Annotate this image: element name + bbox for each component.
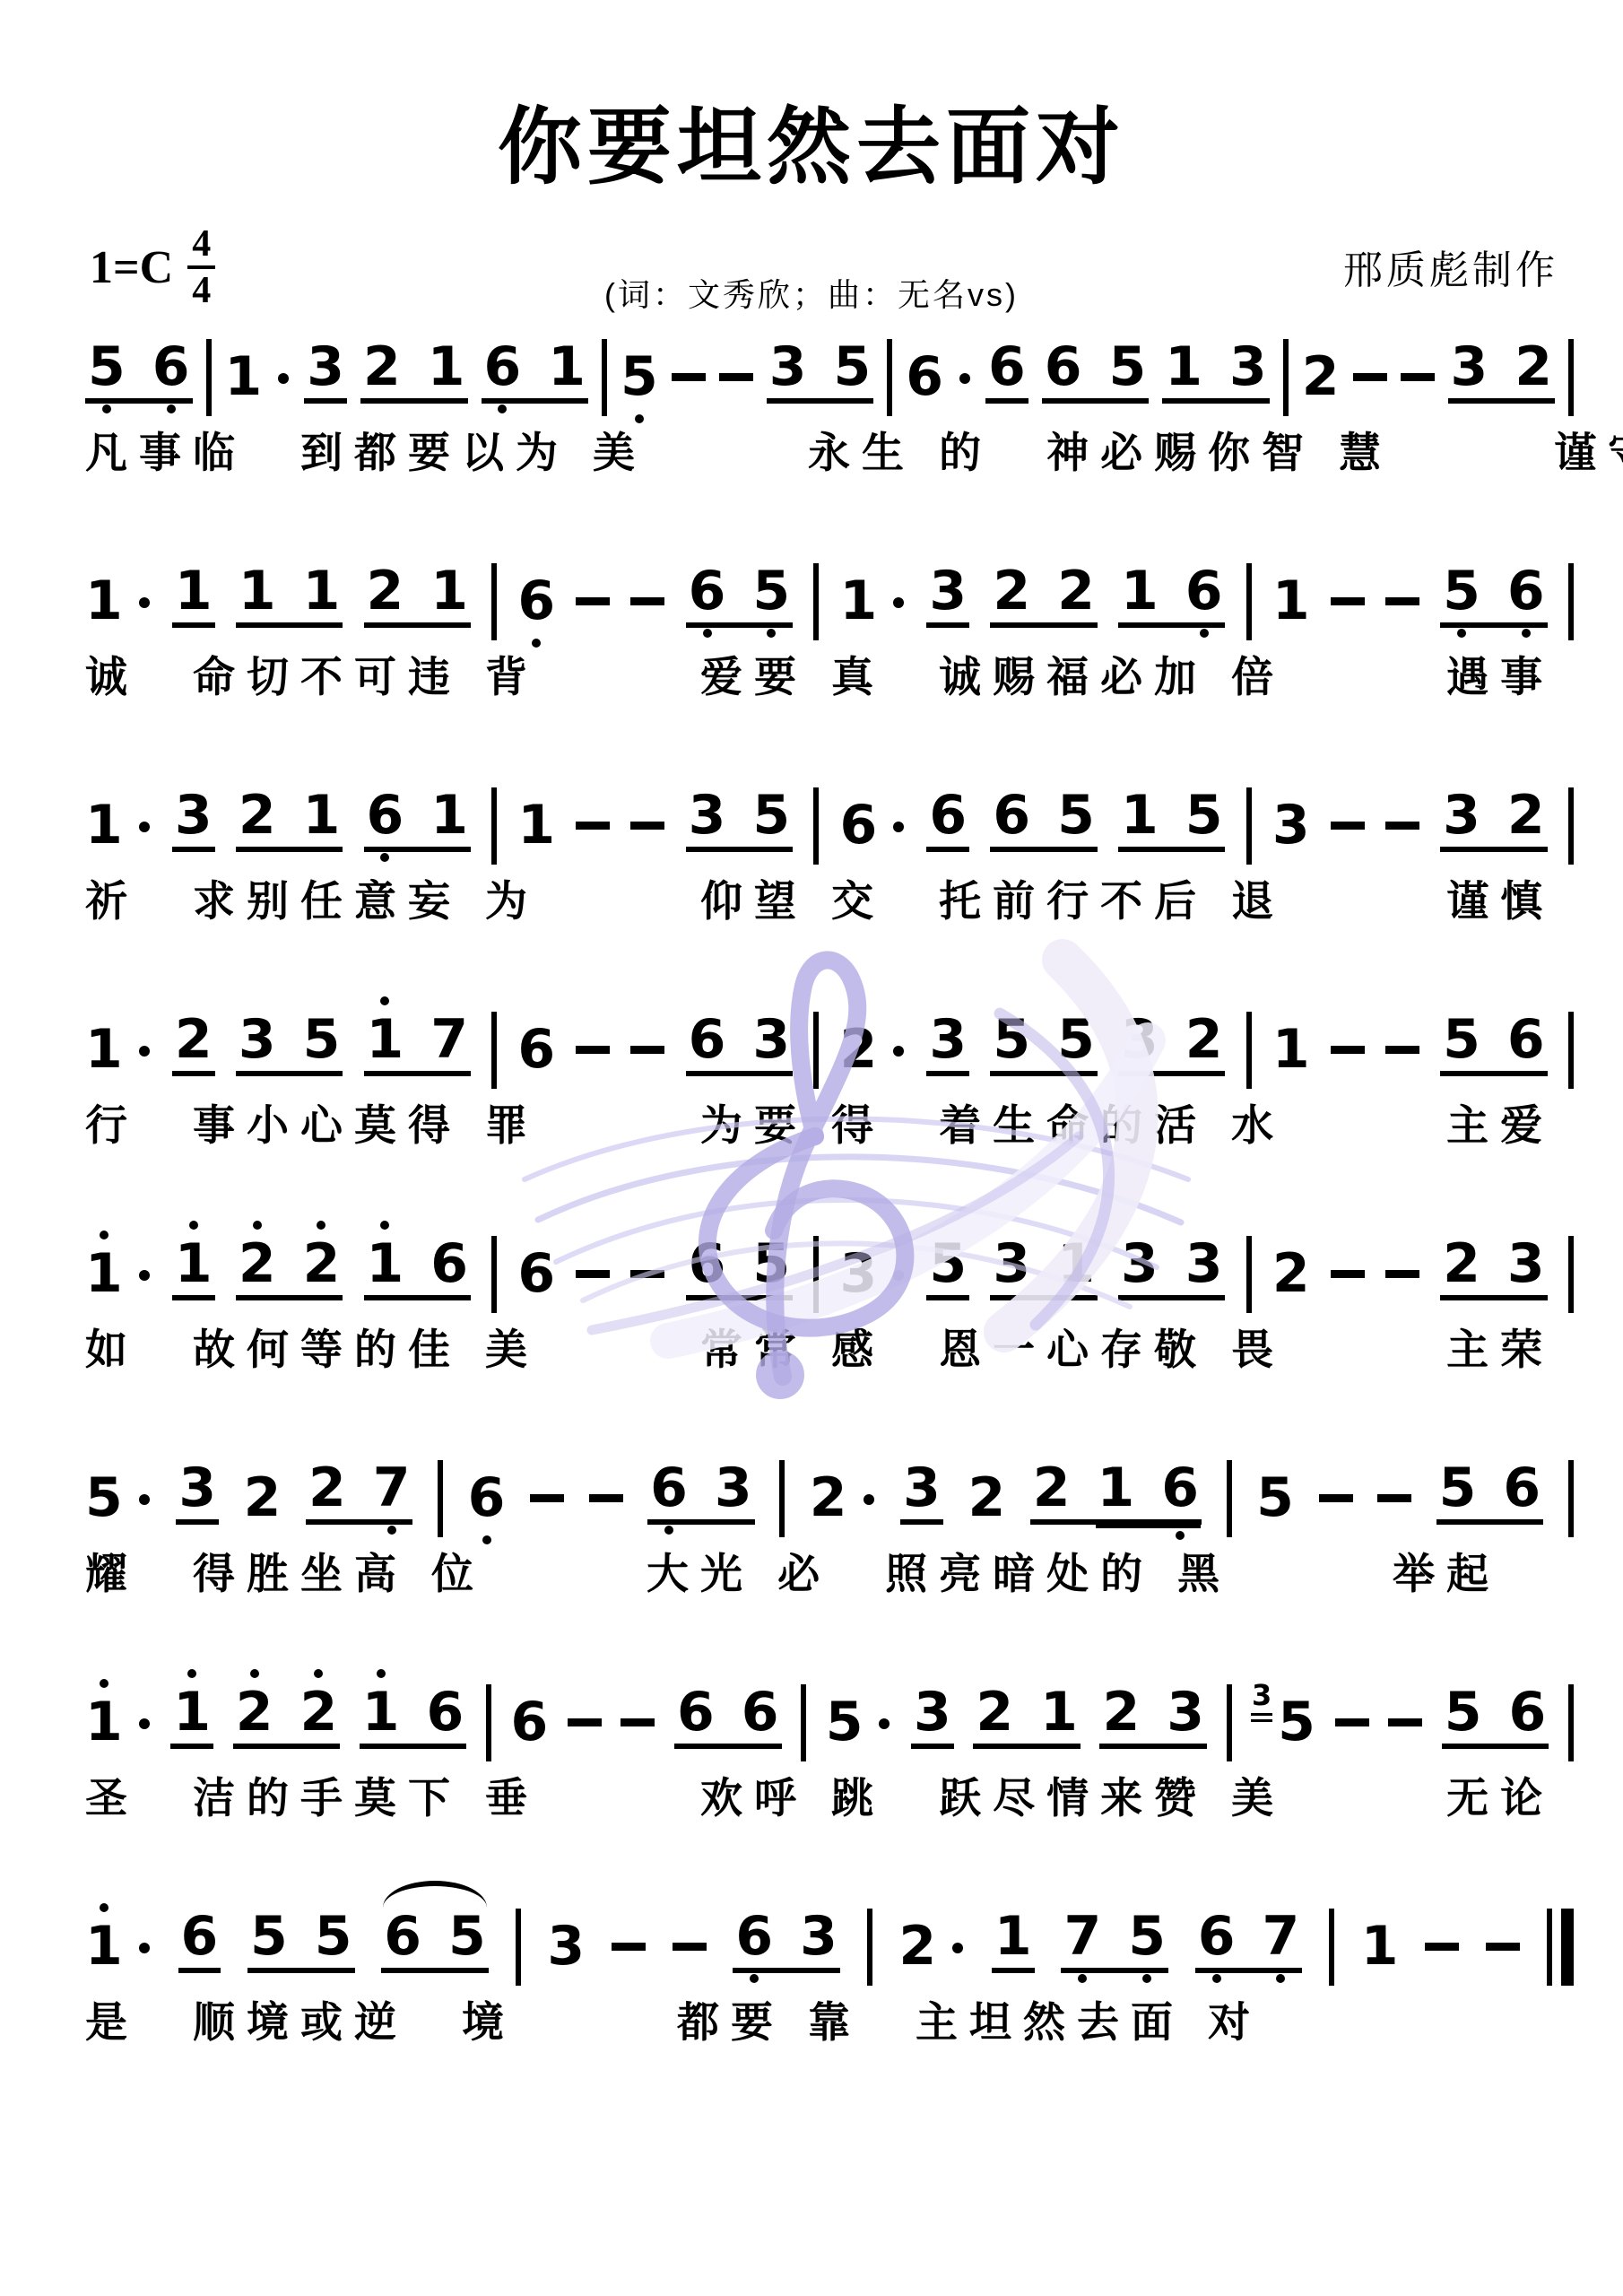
duration-dash — [621, 1718, 655, 1726]
note-digit: 1 — [1040, 1685, 1078, 1739]
octave-dot-high — [250, 1669, 259, 1678]
digit: 1 — [175, 560, 213, 622]
note-group: 5 — [926, 1237, 969, 1300]
credits-producer: 邢质彪制作 — [1343, 238, 1558, 295]
octave-dot-low — [482, 1535, 491, 1544]
barline — [813, 1012, 819, 1089]
barline — [1568, 787, 1574, 865]
digit: 5 — [1128, 1905, 1166, 1968]
barline — [1227, 1460, 1232, 1537]
note: 2 — [1272, 1247, 1310, 1300]
note-digit: 6 — [929, 788, 967, 842]
note: 5 — [621, 350, 658, 404]
sheet-music-page: 你要坦然去面对 1=C 4 4 (词：文秀欣；曲：无名vs) 邢质彪制作 561… — [0, 0, 1623, 2296]
note-digit: 6 — [510, 1695, 548, 1749]
note-digit: 1 — [839, 574, 877, 628]
note-digit: 6 — [517, 1247, 555, 1300]
barline — [1246, 1236, 1252, 1313]
duration-dash — [1385, 1046, 1419, 1054]
note-digit: 6 — [384, 1909, 421, 1963]
digit: 1 — [85, 1915, 123, 1978]
note-digit: 1 — [85, 1919, 123, 1973]
digit: 6 — [689, 1232, 726, 1295]
note: 5 — [85, 1471, 152, 1525]
note-digit: 3 — [929, 564, 967, 618]
note-digit: 6 — [1045, 340, 1082, 394]
duration-dash — [576, 822, 610, 830]
digit: 6 — [650, 1457, 688, 1519]
digit: 6 — [430, 1232, 468, 1295]
octave-dot-high — [100, 1903, 108, 1912]
system-4: 123517663235532156行 事小心莫得 罪 为要 得 着生命的活 水… — [85, 996, 1574, 1220]
note-digit: 7 — [430, 1013, 468, 1066]
note-group: 61 — [364, 788, 472, 852]
digit: 6 — [152, 335, 190, 398]
note-group: 56 — [1440, 564, 1548, 628]
note-digit: 5 — [85, 1471, 123, 1525]
digit: 2 — [839, 1018, 877, 1081]
duration-dash — [1385, 822, 1419, 830]
digit: 3 — [839, 1242, 877, 1305]
digit: 5 — [752, 784, 790, 847]
duration-dash — [1377, 1494, 1411, 1502]
note-group: 23 — [1440, 1237, 1548, 1300]
note-group: 3 — [911, 1685, 954, 1749]
digit: 1 — [85, 1691, 123, 1753]
digit: 2 — [299, 1681, 337, 1744]
note-digit: 6 — [677, 1685, 715, 1739]
note-group: 35 — [236, 1013, 343, 1076]
digit: 6 — [510, 1691, 548, 1753]
note-digit: 1 — [1272, 1022, 1310, 1076]
octave-dot-low — [387, 1526, 396, 1535]
barline — [1568, 339, 1574, 416]
note: 1 — [839, 574, 906, 628]
digit: 1 — [367, 1008, 404, 1071]
digit: 1 — [430, 560, 468, 622]
note-digit: 6 — [689, 564, 726, 618]
grace-note: 3 — [1251, 1681, 1272, 1722]
note: 6 — [468, 1471, 506, 1525]
note-digit: 6 — [367, 788, 404, 842]
digit: 2 — [810, 1466, 847, 1529]
note-digit: 6 — [484, 340, 522, 394]
digit: 1 — [839, 570, 877, 632]
note-group: 65 — [990, 788, 1098, 852]
digit: 5 — [1439, 1457, 1477, 1519]
octave-dot-high — [189, 1221, 198, 1230]
note-digit: 2 — [367, 564, 404, 618]
octave-dot-high — [380, 996, 389, 1005]
note-digit: 1 — [85, 1695, 123, 1749]
note-digit: 2 — [1443, 1237, 1480, 1291]
note-digit: 1 — [548, 340, 586, 394]
note-digit: 3 — [1229, 340, 1267, 394]
note-group: 6 — [178, 1909, 221, 1973]
digit: 3 — [1272, 794, 1310, 857]
note-digit: 2 — [976, 1685, 1013, 1739]
digit: 1 — [303, 784, 341, 847]
note-group: 55 — [247, 1909, 355, 1973]
duration-dash — [630, 1046, 664, 1054]
note-group: 67 — [1195, 1909, 1303, 1973]
digit: 6 — [677, 1681, 715, 1744]
note-digit: 3 — [903, 1461, 941, 1515]
digit: 6 — [1507, 560, 1545, 622]
note-digit: 6 — [1503, 1461, 1541, 1515]
digit: 6 — [906, 345, 943, 408]
note-digit: 5 — [752, 1237, 790, 1291]
octave-dot-high — [187, 1669, 196, 1678]
digit: 5 — [1278, 1691, 1315, 1753]
octave-dot-low — [1142, 1974, 1151, 1983]
digit: 2 — [236, 1681, 273, 1744]
digit: 5 — [1057, 1008, 1095, 1071]
note-group: 1 — [992, 1909, 1035, 1973]
system-7: 1122166665321233556圣 洁的手莫下 垂 欢呼 跳 跃尽情来赞 … — [85, 1668, 1574, 1892]
dotted-note-dot — [139, 1943, 150, 1953]
lyrics-row: 耀 得胜坐高 位 大光 必 照亮暗处的 黑 举起 — [85, 1541, 1574, 1601]
digit: 1 — [1121, 784, 1159, 847]
note-group: 21 — [236, 788, 343, 852]
octave-dot-high — [100, 1231, 108, 1239]
duration-dash — [1486, 1943, 1520, 1951]
digit: 1 — [239, 560, 276, 622]
barline — [486, 1684, 491, 1761]
note-digit: 6 — [468, 1471, 506, 1525]
note-digit: 2 — [244, 1471, 282, 1525]
note-group: 6 — [926, 788, 969, 852]
final-barline — [1547, 1909, 1574, 1986]
digit: 2 — [1515, 335, 1552, 398]
digit: 2 — [239, 1232, 276, 1295]
dotted-note-dot — [893, 822, 904, 832]
digit: 6 — [735, 1905, 773, 1968]
note-digit: 1 — [1272, 574, 1310, 628]
header-meta: 1=C 4 4 (词：文秀欣；曲：无名vs) 邢质彪制作 — [0, 200, 1623, 335]
barline — [491, 1012, 497, 1089]
note: 6 — [906, 350, 972, 404]
note-row: 1122166665321233556 — [85, 1668, 1574, 1749]
note-group: 23 — [1099, 1685, 1207, 1749]
note-row: 56132161535666513232 — [85, 323, 1574, 404]
note-digit: 3 — [547, 1919, 585, 1973]
note-digit: 7 — [373, 1461, 411, 1515]
note: 6 — [517, 1247, 555, 1300]
note-group: 32 — [1440, 788, 1548, 852]
note-digit: 6 — [427, 1685, 464, 1739]
note-digit: 5 — [250, 1909, 288, 1963]
note-group: 3 — [304, 340, 347, 404]
note-digit: 1 — [225, 350, 263, 404]
note-digit: 2 — [1102, 1685, 1140, 1739]
note: 1 — [1272, 1022, 1310, 1076]
note-group: 56 — [1442, 1685, 1549, 1749]
digit: 6 — [1161, 1457, 1199, 1519]
digit: 3 — [903, 1457, 941, 1519]
grace-digit: 3 — [1252, 1681, 1271, 1709]
note-digit: 3 — [1443, 788, 1480, 842]
octave-dot-low — [703, 629, 712, 638]
barline — [1568, 563, 1574, 640]
digit: 6 — [427, 1681, 464, 1744]
note-group: 56 — [1440, 1013, 1548, 1076]
digit: 3 — [1121, 1232, 1159, 1295]
note-digit: 2 — [1185, 1013, 1223, 1066]
dotted-note-dot — [893, 1046, 904, 1057]
digit: 6 — [742, 1681, 779, 1744]
digit: 6 — [689, 1008, 726, 1071]
duration-dash — [589, 1494, 623, 1502]
note-digit: 1 — [430, 788, 468, 842]
duration-dash — [1385, 597, 1419, 605]
note-digit: 1 — [367, 1237, 404, 1291]
digit: 1 — [548, 335, 586, 398]
note-digit: 5 — [1445, 1685, 1482, 1739]
note-group: 2 — [172, 1013, 215, 1076]
digit: 7 — [1262, 1905, 1299, 1968]
note-digit: 2 — [1033, 1461, 1071, 1515]
note-digit: 5 — [1109, 340, 1147, 394]
note-digit: 2 — [239, 1237, 276, 1291]
duration-dash — [1388, 1718, 1422, 1726]
duration-dash — [1385, 1270, 1419, 1278]
note-digit: 6 — [742, 1685, 779, 1739]
barline — [491, 1236, 497, 1313]
barline — [1568, 1236, 1574, 1313]
digit: 6 — [468, 1466, 506, 1529]
digit: 3 — [1185, 1232, 1223, 1295]
note-digit: 1 — [1098, 1461, 1135, 1515]
score: 56132161535666513232凡事临 到都要以为 美 永生 的 神必赐… — [85, 323, 1574, 2117]
digit: 3 — [715, 1457, 752, 1519]
note-digit: 6 — [152, 340, 190, 394]
note-row: 123517663235532156 — [85, 996, 1574, 1076]
note: 35 — [1251, 1681, 1315, 1749]
digit: 1 — [225, 345, 263, 408]
note-digit: 2 — [308, 1461, 346, 1515]
digit: 5 — [621, 345, 658, 408]
barline — [801, 1684, 806, 1761]
octave-dot-high — [317, 1221, 325, 1230]
note-digit: 3 — [1272, 798, 1310, 852]
duration-dash — [630, 1270, 664, 1278]
note-group: 35 — [767, 340, 874, 404]
note-group: 3 — [176, 1461, 219, 1525]
duration-dash — [630, 597, 664, 605]
note-digit: 6 — [1198, 1909, 1236, 1963]
dotted-note-dot — [139, 1046, 150, 1057]
octave-dot-low — [767, 629, 776, 638]
note-digit: 6 — [735, 1909, 773, 1963]
digit: 3 — [689, 784, 726, 847]
barline — [491, 787, 497, 865]
barline — [602, 339, 607, 416]
digit: 3 — [307, 335, 344, 398]
note-digit: 6 — [689, 1013, 726, 1066]
dotted-note-dot — [879, 1718, 890, 1729]
note-digit: 2 — [1272, 1247, 1310, 1300]
digit: 5 — [1109, 335, 1147, 398]
octave-dot-low — [1200, 629, 1209, 638]
note-group: 65 — [686, 1237, 794, 1300]
digit: 3 — [993, 1232, 1030, 1295]
note-digit: 1 — [85, 1022, 123, 1076]
digit: 5 — [1445, 1681, 1482, 1744]
digit: 3 — [178, 1457, 216, 1519]
digit: 3 — [914, 1681, 951, 1744]
digit: 3 — [1167, 1681, 1204, 1744]
digit: 5 — [1443, 560, 1480, 622]
digit: 2 — [244, 1466, 282, 1529]
note-group: 1 — [172, 1237, 215, 1300]
note-group: 31 — [990, 1237, 1098, 1300]
duration-dash — [1331, 1270, 1365, 1278]
note-digit: 1 — [1121, 788, 1159, 842]
digit: 5 — [303, 1008, 341, 1071]
barline — [1246, 1012, 1252, 1089]
note-digit: 2 — [239, 788, 276, 842]
digit: 1 — [1057, 1232, 1095, 1295]
note: 5 — [826, 1695, 892, 1749]
digit: 1 — [994, 1905, 1032, 1968]
note-digit: 2 — [175, 1013, 213, 1066]
digit: 5 — [826, 1691, 864, 1753]
note-digit: 1 — [1165, 340, 1202, 394]
note-digit: 2 — [363, 340, 401, 394]
note-digit: 3 — [307, 340, 344, 394]
note-group: 17 — [364, 1013, 472, 1076]
digit: 2 — [1272, 1242, 1310, 1305]
note-digit: 3 — [1451, 340, 1488, 394]
dotted-note-dot — [278, 373, 289, 384]
barline-thin — [1547, 1909, 1552, 1986]
note-group: 216 — [1030, 1461, 1202, 1525]
digit: 6 — [839, 794, 877, 857]
note-group: 1 — [170, 1685, 213, 1749]
duration-dash — [673, 1943, 707, 1951]
note-digit: 1 — [239, 564, 276, 618]
lyrics-row: 圣 洁的手莫下 垂 欢呼 跳 跃尽情来赞 美 无论 — [85, 1765, 1574, 1825]
digit: 1 — [1272, 570, 1310, 632]
digit: 7 — [373, 1457, 411, 1519]
digit: 5 — [1256, 1466, 1294, 1529]
note: 1 — [85, 1022, 152, 1076]
octave-dot-low — [1522, 629, 1531, 638]
digit: 1 — [1272, 1018, 1310, 1081]
note: 6 — [510, 1695, 548, 1749]
barline — [1227, 1684, 1232, 1761]
note-group: 33 — [1118, 1237, 1226, 1300]
note-digit: 6 — [181, 1909, 219, 1963]
note-group: 27 — [306, 1461, 413, 1525]
digit: 1 — [430, 784, 468, 847]
octave-dot-low — [102, 404, 111, 413]
barline — [1283, 339, 1289, 416]
octave-dot-low — [167, 404, 176, 413]
octave-dot-low — [635, 414, 644, 423]
duration-dash — [1335, 1718, 1369, 1726]
digit: 1 — [1361, 1915, 1399, 1978]
note-digit: 5 — [1057, 1013, 1095, 1066]
note-digit: 3 — [800, 1909, 838, 1963]
note-digit: 3 — [178, 1461, 216, 1515]
note-group: 3 — [926, 1013, 969, 1076]
barline — [1329, 1909, 1334, 1986]
sixteenth-subgroup: 16 — [1098, 1461, 1200, 1515]
digit: 3 — [175, 784, 213, 847]
note-group: 3 — [900, 1461, 943, 1525]
note-digit: 1 — [303, 788, 341, 842]
digit: 3 — [1451, 335, 1488, 398]
note-digit: 6 — [1507, 564, 1545, 618]
digit: 5 — [834, 335, 872, 398]
lyrics-row: 行 事小心莫得 罪 为要 得 着生命的活 水 主爱 — [85, 1092, 1574, 1152]
digit: 5 — [85, 1466, 123, 1529]
dotted-note-dot — [139, 1494, 150, 1505]
octave-dot-low — [532, 639, 541, 648]
note-group: 22 — [233, 1685, 341, 1749]
note-digit: 6 — [430, 1237, 468, 1291]
lyrics-row: 诚 命切不可违 背 爱要 真 诚赐福必加 倍 遇事 — [85, 644, 1574, 704]
note-digit: 1 — [173, 1685, 211, 1739]
lyrics-row: 如 故何等的佳 美 常常 感 恩一心存敬 畏 主荣 — [85, 1317, 1574, 1377]
duration-dash — [719, 373, 753, 381]
digit: 1 — [1040, 1681, 1078, 1744]
digit: 2 — [1302, 345, 1340, 408]
barline — [1568, 1684, 1574, 1761]
digit: 3 — [769, 335, 807, 398]
digit: 6 — [1045, 335, 1082, 398]
note-digit: 3 — [1121, 1013, 1159, 1066]
digit: 6 — [384, 1905, 421, 1968]
digit: 2 — [976, 1681, 1013, 1744]
digit: 1 — [367, 1232, 404, 1295]
digit: 6 — [689, 560, 726, 622]
digit: 6 — [1508, 1681, 1546, 1744]
note-digit: 2 — [1057, 564, 1095, 618]
note: 1 — [1272, 574, 1310, 628]
digit: 1 — [1165, 335, 1202, 398]
dotted-note-dot — [864, 1494, 874, 1505]
note-digit: 3 — [1121, 1237, 1159, 1291]
note: 2 — [1302, 350, 1340, 404]
note: 1 — [85, 1919, 152, 1973]
grace-beam — [1251, 1719, 1272, 1722]
barline — [1246, 787, 1252, 865]
note: 3 — [1272, 798, 1310, 852]
note-digit: 6 — [650, 1461, 688, 1515]
duration-dash — [1425, 1943, 1459, 1951]
octave-dot-low — [380, 853, 389, 862]
digit: 2 — [968, 1466, 1005, 1529]
digit: 2 — [1033, 1457, 1071, 1519]
note-digit: 1 — [175, 564, 213, 618]
digit: 3 — [1507, 1232, 1545, 1295]
barline — [813, 563, 819, 640]
note-group: 63 — [733, 1909, 840, 1973]
note: 3 — [839, 1247, 906, 1300]
digit: 6 — [993, 784, 1030, 847]
digit: 5 — [1057, 784, 1095, 847]
duration-dash — [568, 1718, 602, 1726]
octave-dot-high — [253, 1221, 262, 1230]
duration-dash — [630, 822, 664, 830]
barline — [779, 1460, 785, 1537]
note-digit: 3 — [1185, 1237, 1223, 1291]
note: 6 — [839, 798, 906, 852]
note: 2 — [244, 1471, 282, 1525]
